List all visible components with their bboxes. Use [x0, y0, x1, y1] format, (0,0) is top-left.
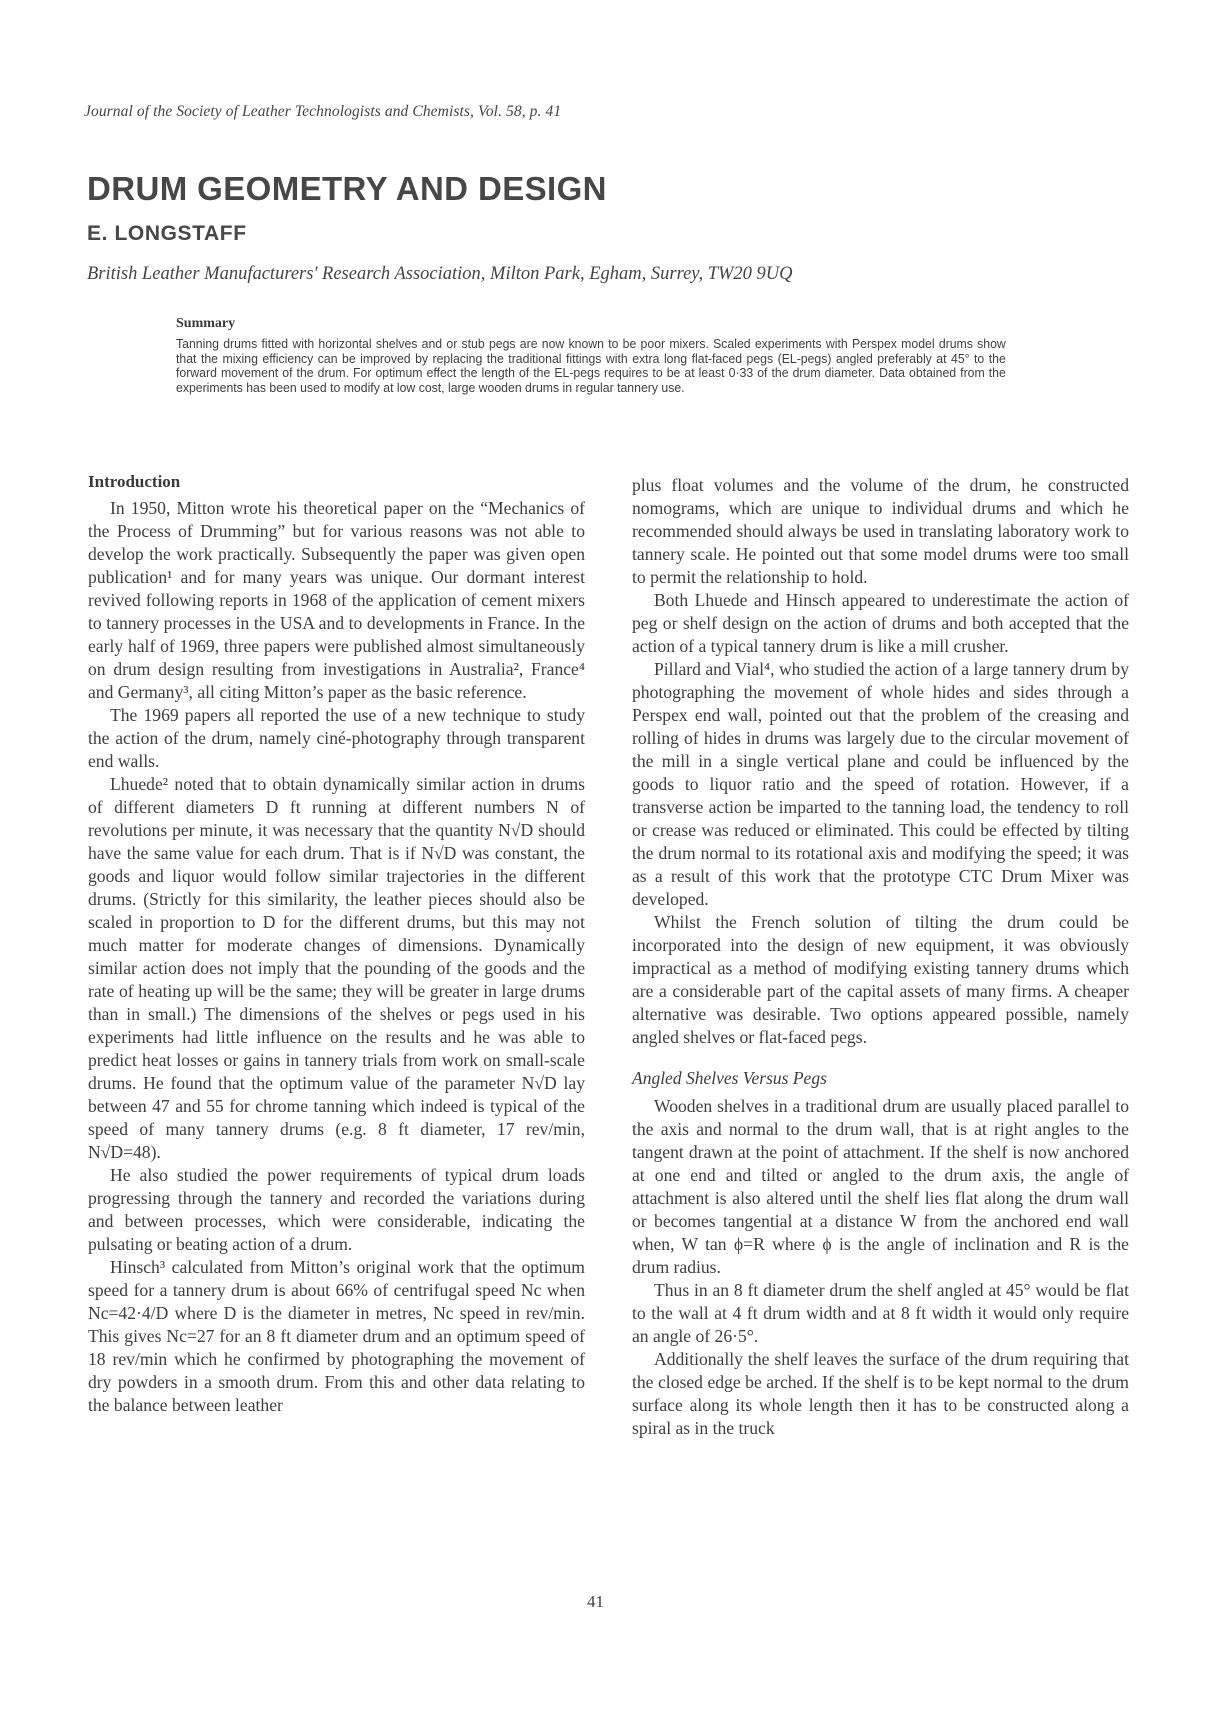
- page-number: 41: [587, 1592, 604, 1612]
- paragraph: In 1950, Mitton wrote his theoretical pa…: [88, 497, 585, 704]
- journal-citation: Journal of the Society of Leather Techno…: [84, 103, 561, 121]
- right-column: plus float volumes and the volume of the…: [632, 474, 1129, 1440]
- continued-paragraph: plus float volumes and the volume of the…: [632, 474, 1129, 589]
- paragraph: Lhuede² noted that to obtain dynamically…: [88, 773, 585, 1164]
- summary-section: Summary Tanning drums fitted with horizo…: [176, 317, 1006, 396]
- paragraph: Thus in an 8 ft diameter drum the shelf …: [632, 1279, 1129, 1348]
- introduction-heading: Introduction: [88, 470, 585, 493]
- paragraph: He also studied the power requirements o…: [88, 1164, 585, 1256]
- paragraph: Additionally the shelf leaves the surfac…: [632, 1348, 1129, 1440]
- summary-heading: Summary: [176, 317, 1006, 332]
- summary-text: Tanning drums fitted with horizontal she…: [176, 337, 1006, 396]
- article-title: DRUM GEOMETRY AND DESIGN: [87, 170, 607, 208]
- author-affiliation: British Leather Manufacturers' Research …: [87, 264, 793, 285]
- paragraph: Wooden shelves in a traditional drum are…: [632, 1095, 1129, 1279]
- paragraph: Whilst the French solution of tilting th…: [632, 911, 1129, 1049]
- angled-shelves-subheading: Angled Shelves Versus Pegs: [632, 1067, 1129, 1090]
- paragraph: The 1969 papers all reported the use of …: [88, 704, 585, 773]
- paragraph: Hinsch³ calculated from Mitton’s origina…: [88, 1256, 585, 1417]
- paragraph: Pillard and Vial⁴, who studied the actio…: [632, 658, 1129, 911]
- paragraph: Both Lhuede and Hinsch appeared to under…: [632, 589, 1129, 658]
- left-column: Introduction In 1950, Mitton wrote his t…: [88, 470, 585, 1417]
- article-author: E. LONGSTAFF: [87, 222, 247, 246]
